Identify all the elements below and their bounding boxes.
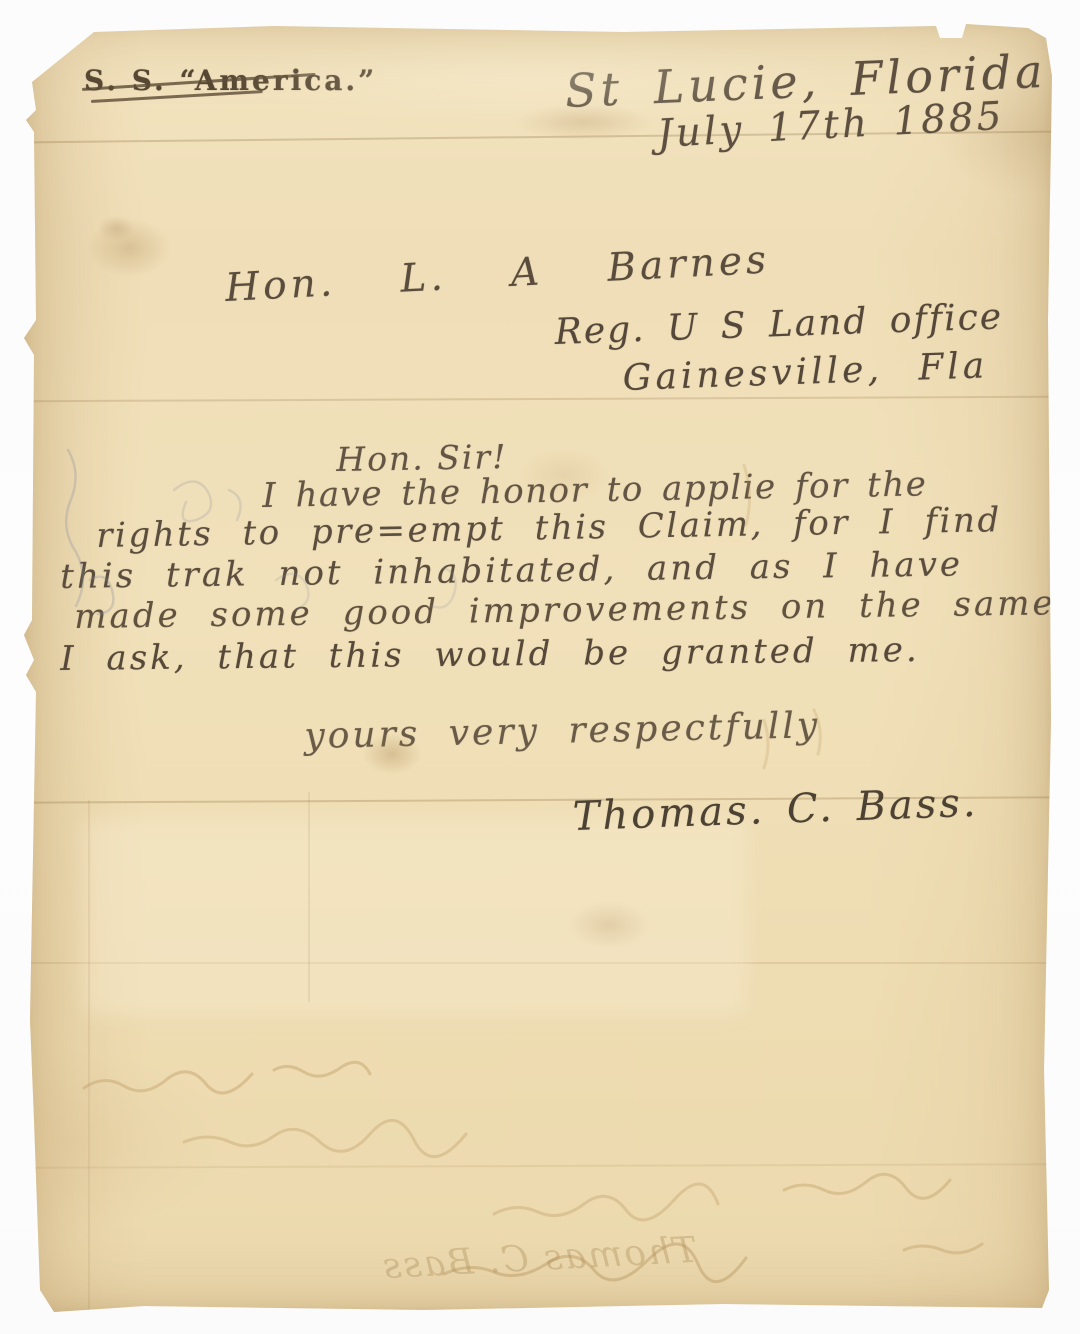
fold-crease-lower xyxy=(24,962,1052,964)
closing: yours very respectfully xyxy=(304,705,821,757)
bleed-squiggle xyxy=(84,1062,370,1093)
scan-background: S. S. “America.” St Lucie, Florida July … xyxy=(0,0,1080,1334)
fold-crease-upper xyxy=(24,396,1052,402)
recipient-name: Hon. L. A Barnes xyxy=(224,237,771,310)
recipient-city: Gainesville, Fla xyxy=(622,345,989,399)
bleedthrough-signature: Thomas C. Bass xyxy=(278,1224,799,1292)
letter-paper: S. S. “America.” St Lucie, Florida July … xyxy=(24,20,1052,1312)
vertical-crease-left xyxy=(88,800,90,1310)
bleed-squiggle xyxy=(184,1120,466,1156)
vertical-crease-mid xyxy=(308,792,310,1002)
pressed-light-patch xyxy=(82,820,747,1015)
bleed-squiggle xyxy=(784,1174,982,1253)
signature: Thomas. C. Bass. xyxy=(572,780,979,840)
fold-crease-bottom xyxy=(24,1163,1052,1169)
bleed-squiggle xyxy=(494,1184,718,1220)
recipient-office: Reg. U S Land office xyxy=(554,296,1004,353)
body-line-5: I ask, that this would be granted me. xyxy=(60,630,920,679)
